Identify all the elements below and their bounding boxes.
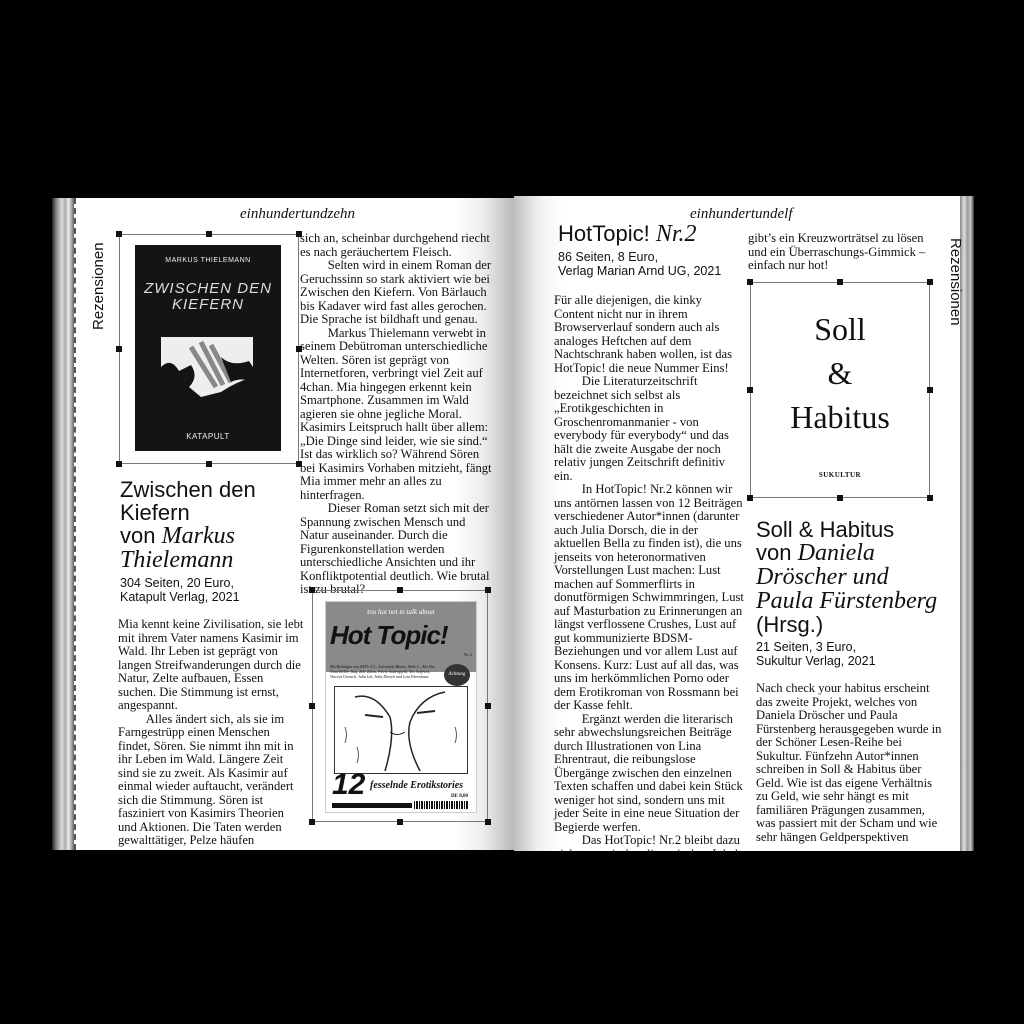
review-continuation-hottopic: gibt’s ein Kreuzworträtsel zu lösen und …: [748, 232, 934, 273]
magazine-meta: 86 Seiten, 8 Euro, Verlag Marian Arnd UG…: [558, 250, 758, 278]
by-label: von: [756, 540, 791, 565]
paragraph: sich an, scheinbar durchgehend riecht es…: [300, 232, 496, 259]
section-label-right: Rezensionen: [947, 238, 964, 326]
review-title: Soll & Habitus von Daniela Dröscher und …: [756, 518, 946, 636]
review-header-soll-habitus: Soll & Habitus von Daniela Dröscher und …: [756, 518, 946, 668]
open-book: einhundertundzehn Rezensionen MARKUS THI…: [52, 192, 976, 854]
resize-handle-icon[interactable]: [927, 279, 933, 285]
cover-contributors: Mit Beiträgen von EMT+CC, Antoinette Blu…: [330, 664, 438, 679]
kissing-illustration-icon: [334, 686, 468, 774]
resize-handle-icon[interactable]: [309, 587, 315, 593]
book-cover-soll-habitus: Soll & Habitus SUKULTUR: [751, 307, 929, 479]
review-title: Zwischen den Kiefern von Markus Thielema…: [120, 478, 310, 572]
review-body-kiefern-col1: Mia kennt keine Zivilisation, sie lebt m…: [118, 618, 304, 848]
meta-pages-price: 304 Seiten, 20 Euro,: [120, 576, 310, 590]
barcode-icon: [414, 801, 468, 809]
left-page: einhundertundzehn Rezensionen MARKUS THI…: [52, 198, 514, 850]
book-meta: 304 Seiten, 20 Euro, Katapult Verlag, 20…: [120, 576, 310, 604]
paragraph: gibt’s ein Kreuzworträtsel zu lösen und …: [748, 232, 934, 273]
resize-handle-icon[interactable]: [837, 495, 843, 501]
paragraph: Alles ändert sich, als sie im Farngestrü…: [118, 713, 304, 848]
resize-handle-icon[interactable]: [485, 703, 491, 709]
cover-frame-soll-habitus[interactable]: Soll & Habitus SUKULTUR: [750, 282, 930, 498]
meta-pages-price: 21 Seiten, 3 Euro,: [756, 640, 946, 654]
resize-handle-icon[interactable]: [309, 819, 315, 825]
paragraph: Das HotTopic! Nr.2 bleibt dazu nicht nur…: [554, 834, 744, 851]
cover-tagline: too hot not to talk about: [326, 608, 476, 616]
running-head-right: einhundertundelf: [690, 206, 792, 223]
resize-handle-icon[interactable]: [485, 587, 491, 593]
resize-handle-icon[interactable]: [309, 703, 315, 709]
resize-handle-icon[interactable]: [206, 231, 212, 237]
meta-publisher: Sukultur Verlag, 2021: [756, 654, 946, 668]
heart-badge-icon: Achtung heiß!: [444, 664, 470, 686]
meta-pages-price: 86 Seiten, 8 Euro,: [558, 250, 758, 264]
cover-publisher: SUKULTUR: [751, 471, 929, 479]
right-page: einhundertundelf Rezensionen HotTopic! N…: [514, 196, 974, 851]
cover-issue: Nr. 2: [464, 652, 472, 657]
resize-handle-icon[interactable]: [747, 279, 753, 285]
page-stack-edge-left: [52, 198, 74, 850]
paragraph: Selten wird in einem Roman der Geruchssi…: [300, 259, 496, 327]
meta-publisher: Katapult Verlag, 2021: [120, 590, 310, 604]
paragraph: Für alle diejenigen, die kinky Content n…: [554, 294, 744, 375]
resize-handle-icon[interactable]: [116, 461, 122, 467]
paragraph: In HotTopic! Nr.2 können wir uns antörne…: [554, 483, 744, 713]
editor-suffix: (Hrsg.): [756, 612, 823, 637]
paragraph: Ergänzt werden die literarisch sehr abwe…: [554, 713, 744, 835]
cover-count: 12: [332, 770, 365, 800]
cover-frame-hottopic[interactable]: too hot not to talk about Hot Topic! Nr.…: [312, 590, 488, 822]
review-body-soll-habitus: Nach check your habitus erscheint das zw…: [756, 682, 942, 844]
resize-handle-icon[interactable]: [116, 231, 122, 237]
book-title: Zwischen den Kiefern: [120, 477, 256, 525]
running-head-left: einhundertundzehn: [240, 206, 355, 223]
magazine-cover-hottopic: too hot not to talk about Hot Topic! Nr.…: [325, 601, 477, 813]
resize-handle-icon[interactable]: [206, 461, 212, 467]
resize-handle-icon[interactable]: [747, 495, 753, 501]
by-label: von: [120, 523, 155, 548]
cover-frame-kiefern[interactable]: MARKUS THIELEMANN ZWISCHEN DEN KIEFERN K…: [119, 234, 299, 464]
meta-publisher: Verlag Marian Arnd UG, 2021: [558, 264, 758, 278]
paragraph: Nach check your habitus erscheint das zw…: [756, 682, 942, 844]
resize-handle-icon[interactable]: [116, 346, 122, 352]
cover-title-line2: KIEFERN: [135, 297, 281, 312]
cover-title-ampersand: &: [751, 351, 929, 395]
magazine-title: HotTopic!: [558, 221, 650, 246]
cover-price: DE 8,00: [451, 794, 468, 799]
review-header-kiefern: Zwischen den Kiefern von Markus Thielema…: [120, 478, 310, 604]
cover-footer-bar: [332, 803, 412, 808]
book-meta: 21 Seiten, 3 Euro, Sukultur Verlag, 2021: [756, 640, 946, 668]
cover-title-line1: Soll: [751, 307, 929, 351]
review-title: HotTopic! Nr.2: [558, 222, 758, 246]
cover-publisher: KATAPULT: [135, 432, 281, 441]
resize-handle-icon[interactable]: [837, 279, 843, 285]
resize-handle-icon[interactable]: [485, 819, 491, 825]
book-cover-kiefern: MARKUS THIELEMANN ZWISCHEN DEN KIEFERN K…: [135, 245, 281, 451]
paragraph: Dieser Roman setzt sich mit der Spannung…: [300, 502, 496, 597]
forest-illustration-icon: [161, 337, 253, 407]
cover-subtitle: fesselnde Erotikstories: [370, 780, 463, 791]
resize-handle-icon[interactable]: [927, 495, 933, 501]
cover-title: Hot Topic!: [330, 620, 448, 651]
paragraph: Mia kennt keine Zivilisation, sie lebt m…: [118, 618, 304, 713]
resize-handle-icon[interactable]: [397, 819, 403, 825]
cover-author: MARKUS THIELEMANN: [135, 257, 281, 264]
section-label-left: Rezensionen: [90, 242, 107, 330]
review-header-hottopic: HotTopic! Nr.2 86 Seiten, 8 Euro, Verlag…: [558, 222, 758, 278]
book-title: Soll & Habitus: [756, 517, 894, 542]
paragraph: Markus Thielemann verwebt in seinem Debü…: [300, 327, 496, 503]
paragraph: Die Literaturzeitschrift bezeichnet sich…: [554, 375, 744, 483]
magazine-issue: Nr.2: [656, 221, 697, 247]
review-body-hottopic: Für alle diejenigen, die kinky Content n…: [554, 294, 744, 851]
cover-title-line3: Habitus: [751, 395, 929, 439]
cover-title-line1: ZWISCHEN DEN: [135, 281, 281, 296]
resize-handle-icon[interactable]: [397, 587, 403, 593]
review-body-kiefern-col2: sich an, scheinbar durchgehend riecht es…: [300, 232, 496, 597]
